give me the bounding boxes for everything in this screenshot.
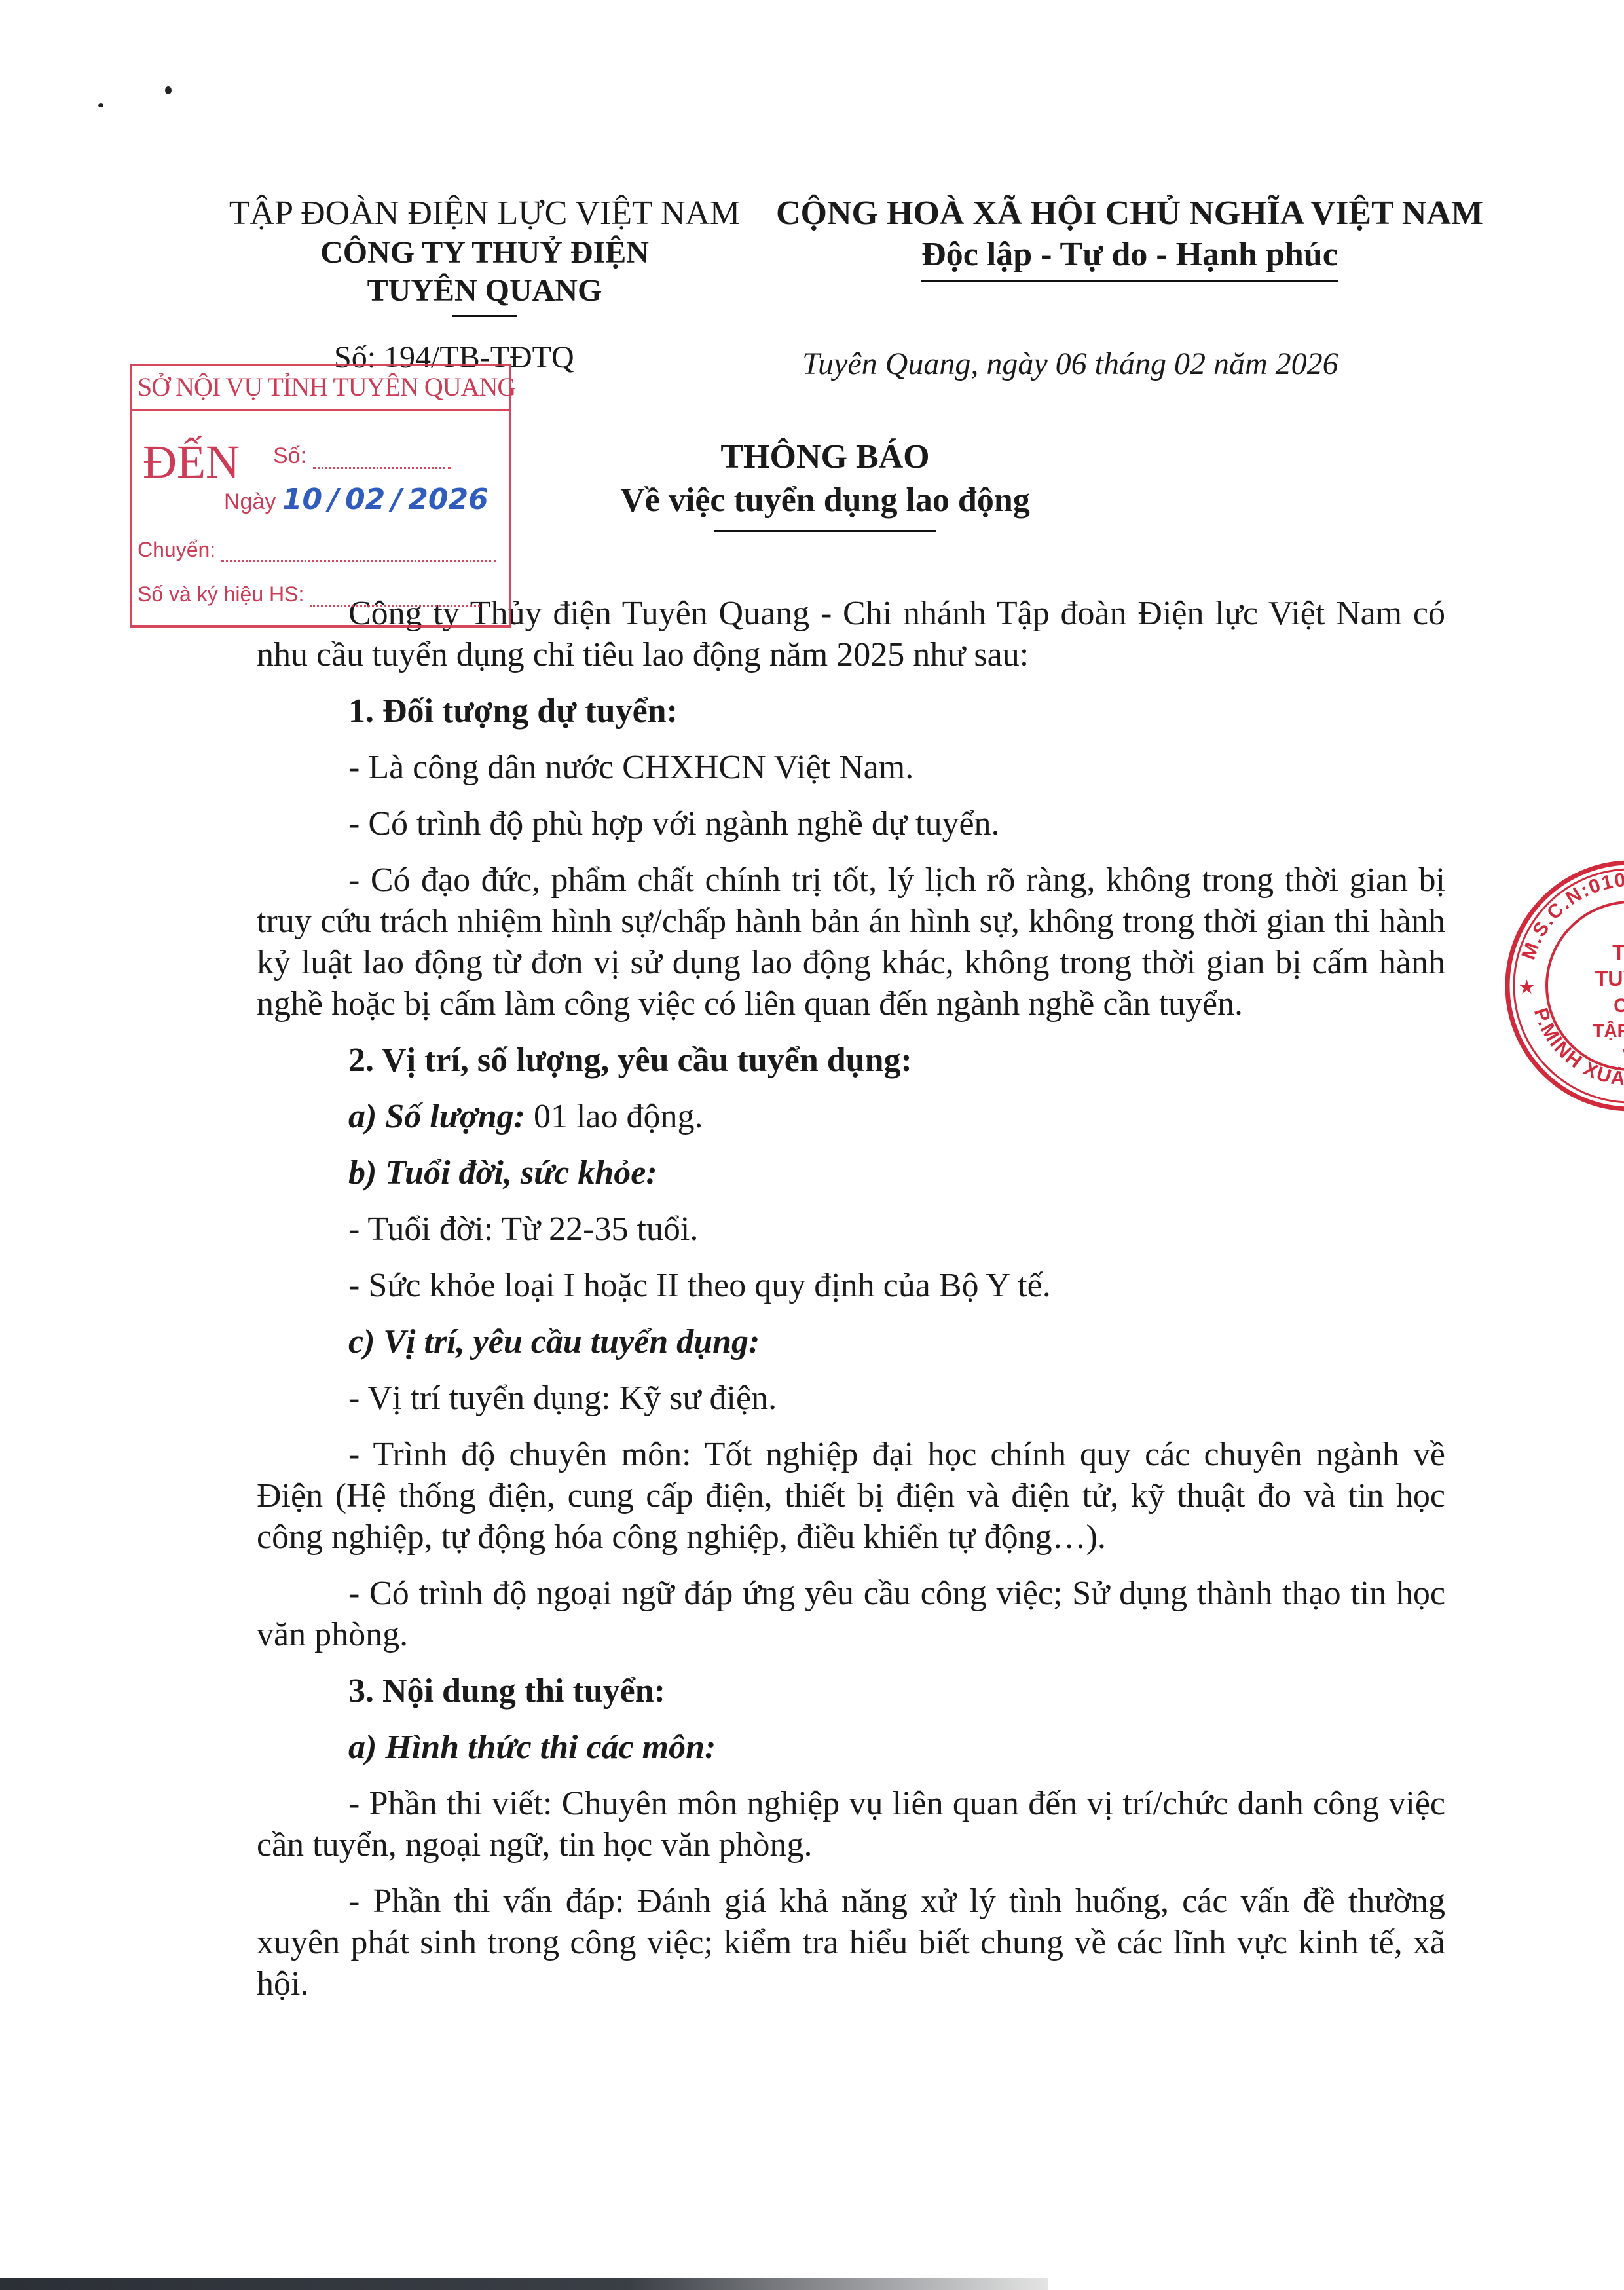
parent-organization: TẬP ĐOÀN ĐIỆN LỰC VIỆT NAM: [223, 193, 747, 234]
national-heading: CỘNG HOÀ XÃ HỘI CHỦ NGHĨA VIỆT NAM Độc l…: [766, 193, 1493, 282]
organization-line-2: TUYÊN QUANG: [223, 272, 747, 310]
issuer-block: TẬP ĐOÀN ĐIỆN LỰC VIỆT NAM CÔNG TY THUỶ …: [223, 193, 747, 317]
stamp-den-label: ĐẾN: [143, 435, 240, 489]
section-2b-item: - Tuổi đời: Từ 22-35 tuổi.: [257, 1209, 1445, 1250]
stamp-date-month: 02: [345, 483, 385, 516]
document-title: THÔNG BÁO Về việc tuyển dụng lao động: [498, 436, 1153, 532]
title-main: THÔNG BÁO: [498, 436, 1153, 479]
svg-text:P.MINH XUÂN-T: P.MINH XUÂN-T: [1530, 1005, 1624, 1090]
section-3a-item: - Phần thi vấn đáp: Đánh giá khả năng xử…: [257, 1881, 1445, 2004]
seal-inner-line: TẬP ĐOÀ: [1593, 1021, 1624, 1041]
section-2a-label: a) Số lượng:: [348, 1098, 525, 1135]
section-1-item: - Là công dân nước CHXHCN Việt Nam.: [257, 747, 1445, 788]
stamp-chuyen-label: Chuyển:: [138, 538, 215, 561]
stamp-date-year: 2026: [408, 483, 488, 516]
seal-star-icon: ★: [1518, 976, 1536, 999]
issuer-underline: [452, 315, 517, 317]
title-subject: Về việc tuyển dụng lao động: [498, 479, 1153, 522]
scan-bottom-edge: [0, 2278, 1048, 2290]
section-2c-item: - Có trình độ ngoại ngữ đáp ứng yêu cầu …: [257, 1573, 1445, 1655]
section-3a-label: a) Hình thức thi các môn:: [348, 1729, 716, 1766]
stamp-chuyen-field: [221, 560, 496, 562]
stamp-agency: SỞ NỘI VỤ TỈNH TUYÊN QUANG: [132, 366, 509, 411]
seal-inner-line: CHI: [1614, 995, 1624, 1017]
section-3a-item: - Phần thi viết: Chuyên môn nghiệp vụ li…: [257, 1783, 1445, 1866]
seal-bottom-text: P.MINH XUÂN-T: [1530, 1005, 1624, 1090]
stamp-date-day: 10: [282, 483, 322, 516]
organization-line-1: CÔNG TY THUỶ ĐIỆN: [223, 234, 747, 272]
scan-speck: [165, 86, 172, 94]
stamp-so-label: Số:: [273, 443, 306, 468]
company-seal: M.S.C.N:010010 P.MINH XUÂN-T ★ CÔ THU TU…: [1500, 855, 1624, 1117]
section-3-heading: 3. Nội dung thi tuyển:: [348, 1672, 665, 1710]
section-1-item: - Có trình độ phù hợp với ngành nghề dự …: [257, 803, 1445, 844]
seal-outer-text: M.S.C.N:010010: [1518, 869, 1624, 963]
section-2a-value: 01 lao động.: [525, 1098, 703, 1135]
section-1-item: - Có đạo đức, phẩm chất chính trị tốt, l…: [257, 859, 1445, 1024]
place-and-date: Tuyên Quang, ngày 06 tháng 02 năm 2026: [802, 346, 1338, 382]
stamp-ngay-label: Ngày: [224, 489, 276, 514]
national-motto: Độc lập - Tự do - Hạnh phúc: [921, 234, 1338, 282]
stamp-so-ky-hieu-field: [310, 605, 480, 607]
title-underline: [714, 530, 936, 532]
section-1-heading: 1. Đối tượng dự tuyển:: [348, 692, 678, 730]
stamp-so-ky-hieu-label: Số và ký hiệu HS:: [138, 582, 304, 606]
document-body: Công ty Thủy điện Tuyên Quang - Chi nhán…: [257, 593, 1445, 2004]
seal-inner-line: THU: [1612, 941, 1624, 964]
country-name: CỘNG HOÀ XÃ HỘI CHỦ NGHĨA VIỆT NAM: [766, 193, 1493, 234]
incoming-document-stamp: SỞ NỘI VỤ TỈNH TUYÊN QUANG ĐẾN Số: Ngày …: [130, 364, 511, 628]
section-2c-item: - Vị trí tuyển dụng: Kỹ sư điện.: [257, 1378, 1445, 1419]
section-2-heading: 2. Vị trí, số lượng, yêu cầu tuyển dụng:: [348, 1042, 912, 1079]
section-2c-label: c) Vị trí, yêu cầu tuyển dụng:: [348, 1323, 760, 1361]
seal-inner-line: TUYÊN: [1595, 967, 1624, 990]
stamp-so-field: [313, 467, 451, 469]
section-2c-item: - Trình độ chuyên môn: Tốt nghiệp đại họ…: [257, 1434, 1445, 1558]
section-2b-item: - Sức khỏe loại I hoặc II theo quy định …: [257, 1265, 1445, 1306]
section-2b-label: b) Tuổi đời, sức khỏe:: [348, 1154, 657, 1192]
scan-speck: [98, 103, 103, 107]
svg-text:M.S.C.N:010010: M.S.C.N:010010: [1518, 869, 1624, 963]
